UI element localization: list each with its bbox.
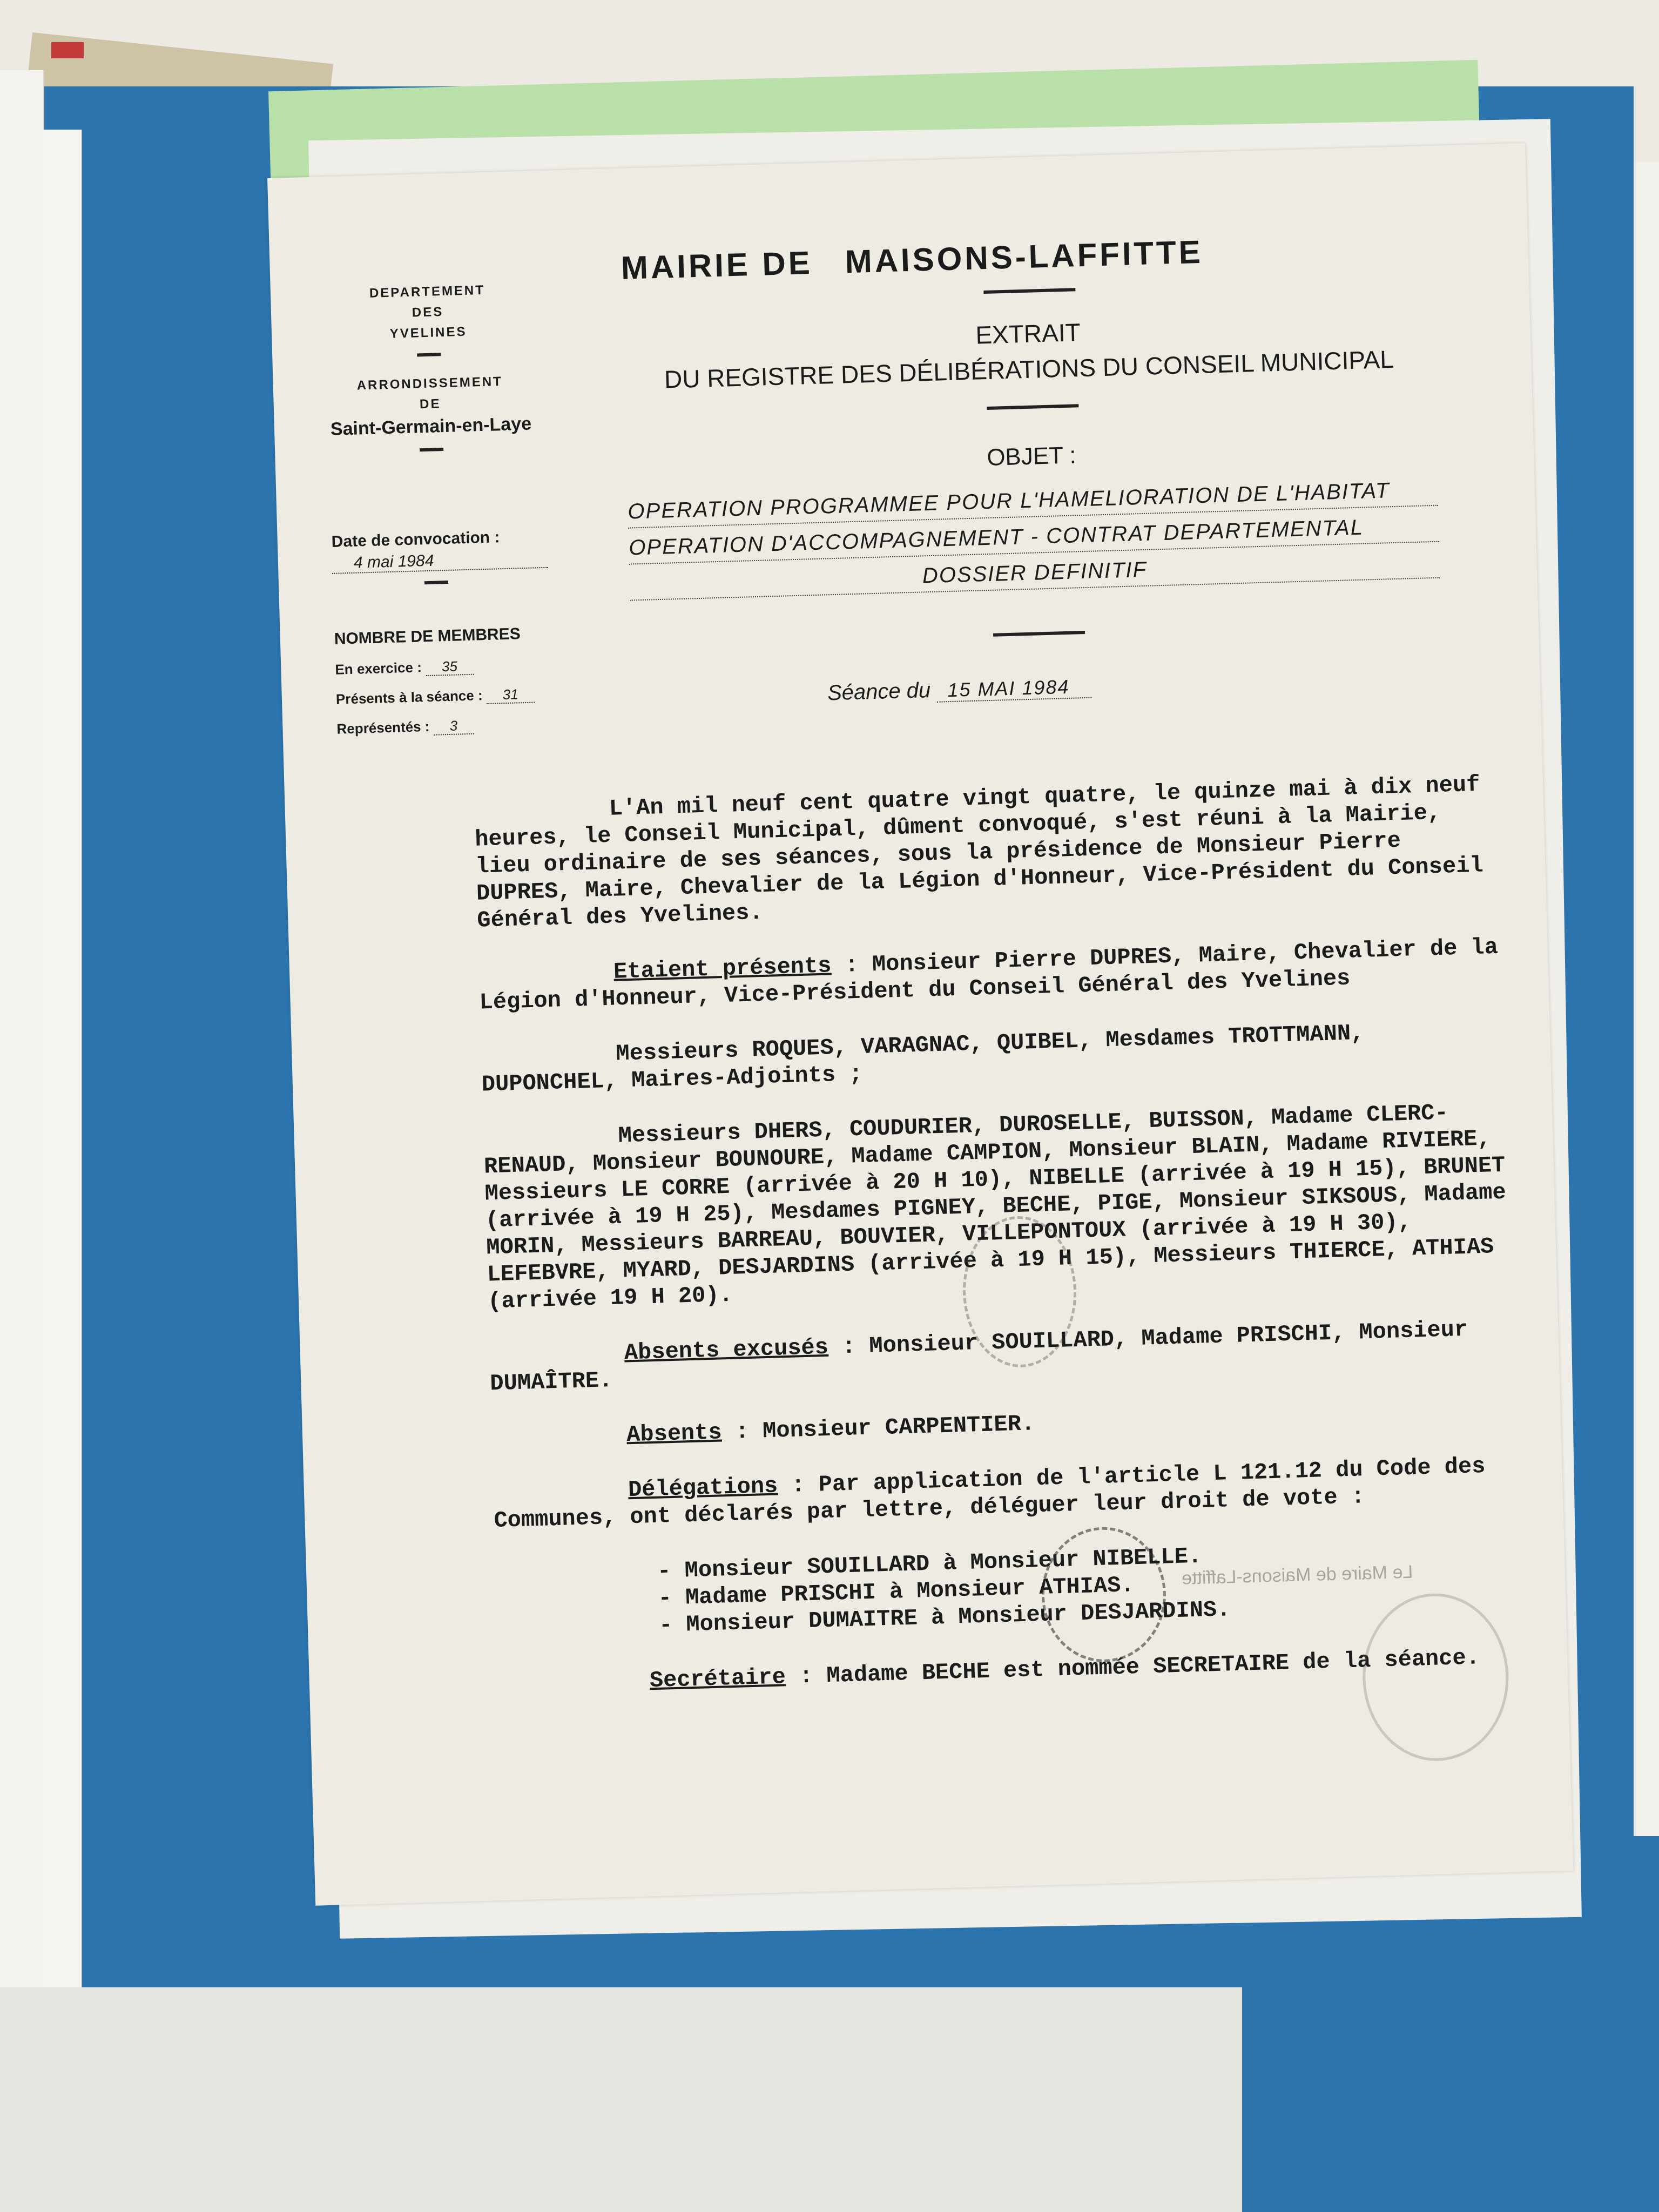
absents-paragraph: Absents : Monsieur CARPENTIER.: [491, 1397, 1518, 1452]
presents-value: 31: [486, 686, 535, 704]
red-tab: [51, 42, 84, 58]
extrait-heading: EXTRAIT DU REGISTRE DES DÉLIBÉRATIONS DU…: [623, 308, 1434, 402]
objet-divider: [993, 631, 1085, 637]
representes-row: Représentés : 3: [336, 714, 564, 738]
arrondissement-block: ARRONDISSEMENT DE Saint-Germain-en-Laye: [321, 370, 539, 464]
members-block: NOMBRE DE MEMBRES En exercice : 35 Prése…: [334, 624, 563, 738]
seance-date: Séance du 15 MAI 1984: [827, 674, 1091, 706]
convocation-block: Date de convocation : 4 mai 1984: [331, 527, 559, 597]
adjoints-paragraph: Messieurs ROQUES, VARAGNAC, QUIBEL, Mesd…: [481, 1016, 1508, 1098]
divider: [420, 448, 443, 451]
objet-lines: OPERATION PROGRAMMEE POUR L'HAMELIORATIO…: [628, 475, 1440, 606]
objet-label: OBJET :: [626, 432, 1437, 482]
divider: [424, 581, 448, 584]
left-page-edge: [0, 70, 44, 1987]
en-exercice-row: En exercice : 35: [335, 655, 562, 678]
intro-paragraph: L'An mil neuf cent quatre vingt quatre, …: [474, 771, 1503, 934]
registre-divider: [987, 404, 1078, 410]
convocation-label: Date de convocation :: [331, 528, 500, 551]
departement-block: DEPARTEMENT DES YVELINES: [319, 279, 537, 369]
presents-paragraph: Etaient présents : Monsieur Pierre DUPRE…: [478, 934, 1506, 1016]
delegations-paragraph: Délégations : Par application de l'artic…: [493, 1452, 1520, 1534]
members-title: NOMBRE DE MEMBRES: [334, 624, 561, 649]
representes-value: 3: [433, 717, 474, 736]
left-page-edge-2: [43, 130, 82, 1987]
divider: [417, 353, 441, 356]
convocation-date: 4 mai 1984: [332, 549, 549, 574]
presents-row: Présents à la séance : 31: [336, 685, 563, 708]
title-divider: [983, 288, 1075, 294]
en-exercice-value: 35: [426, 658, 474, 676]
document-page: DEPARTEMENT DES YVELINES ARRONDISSEMENT …: [267, 143, 1573, 1906]
page-title: MAIRIE DEMAISONS-LAFFITTE: [621, 227, 1431, 287]
